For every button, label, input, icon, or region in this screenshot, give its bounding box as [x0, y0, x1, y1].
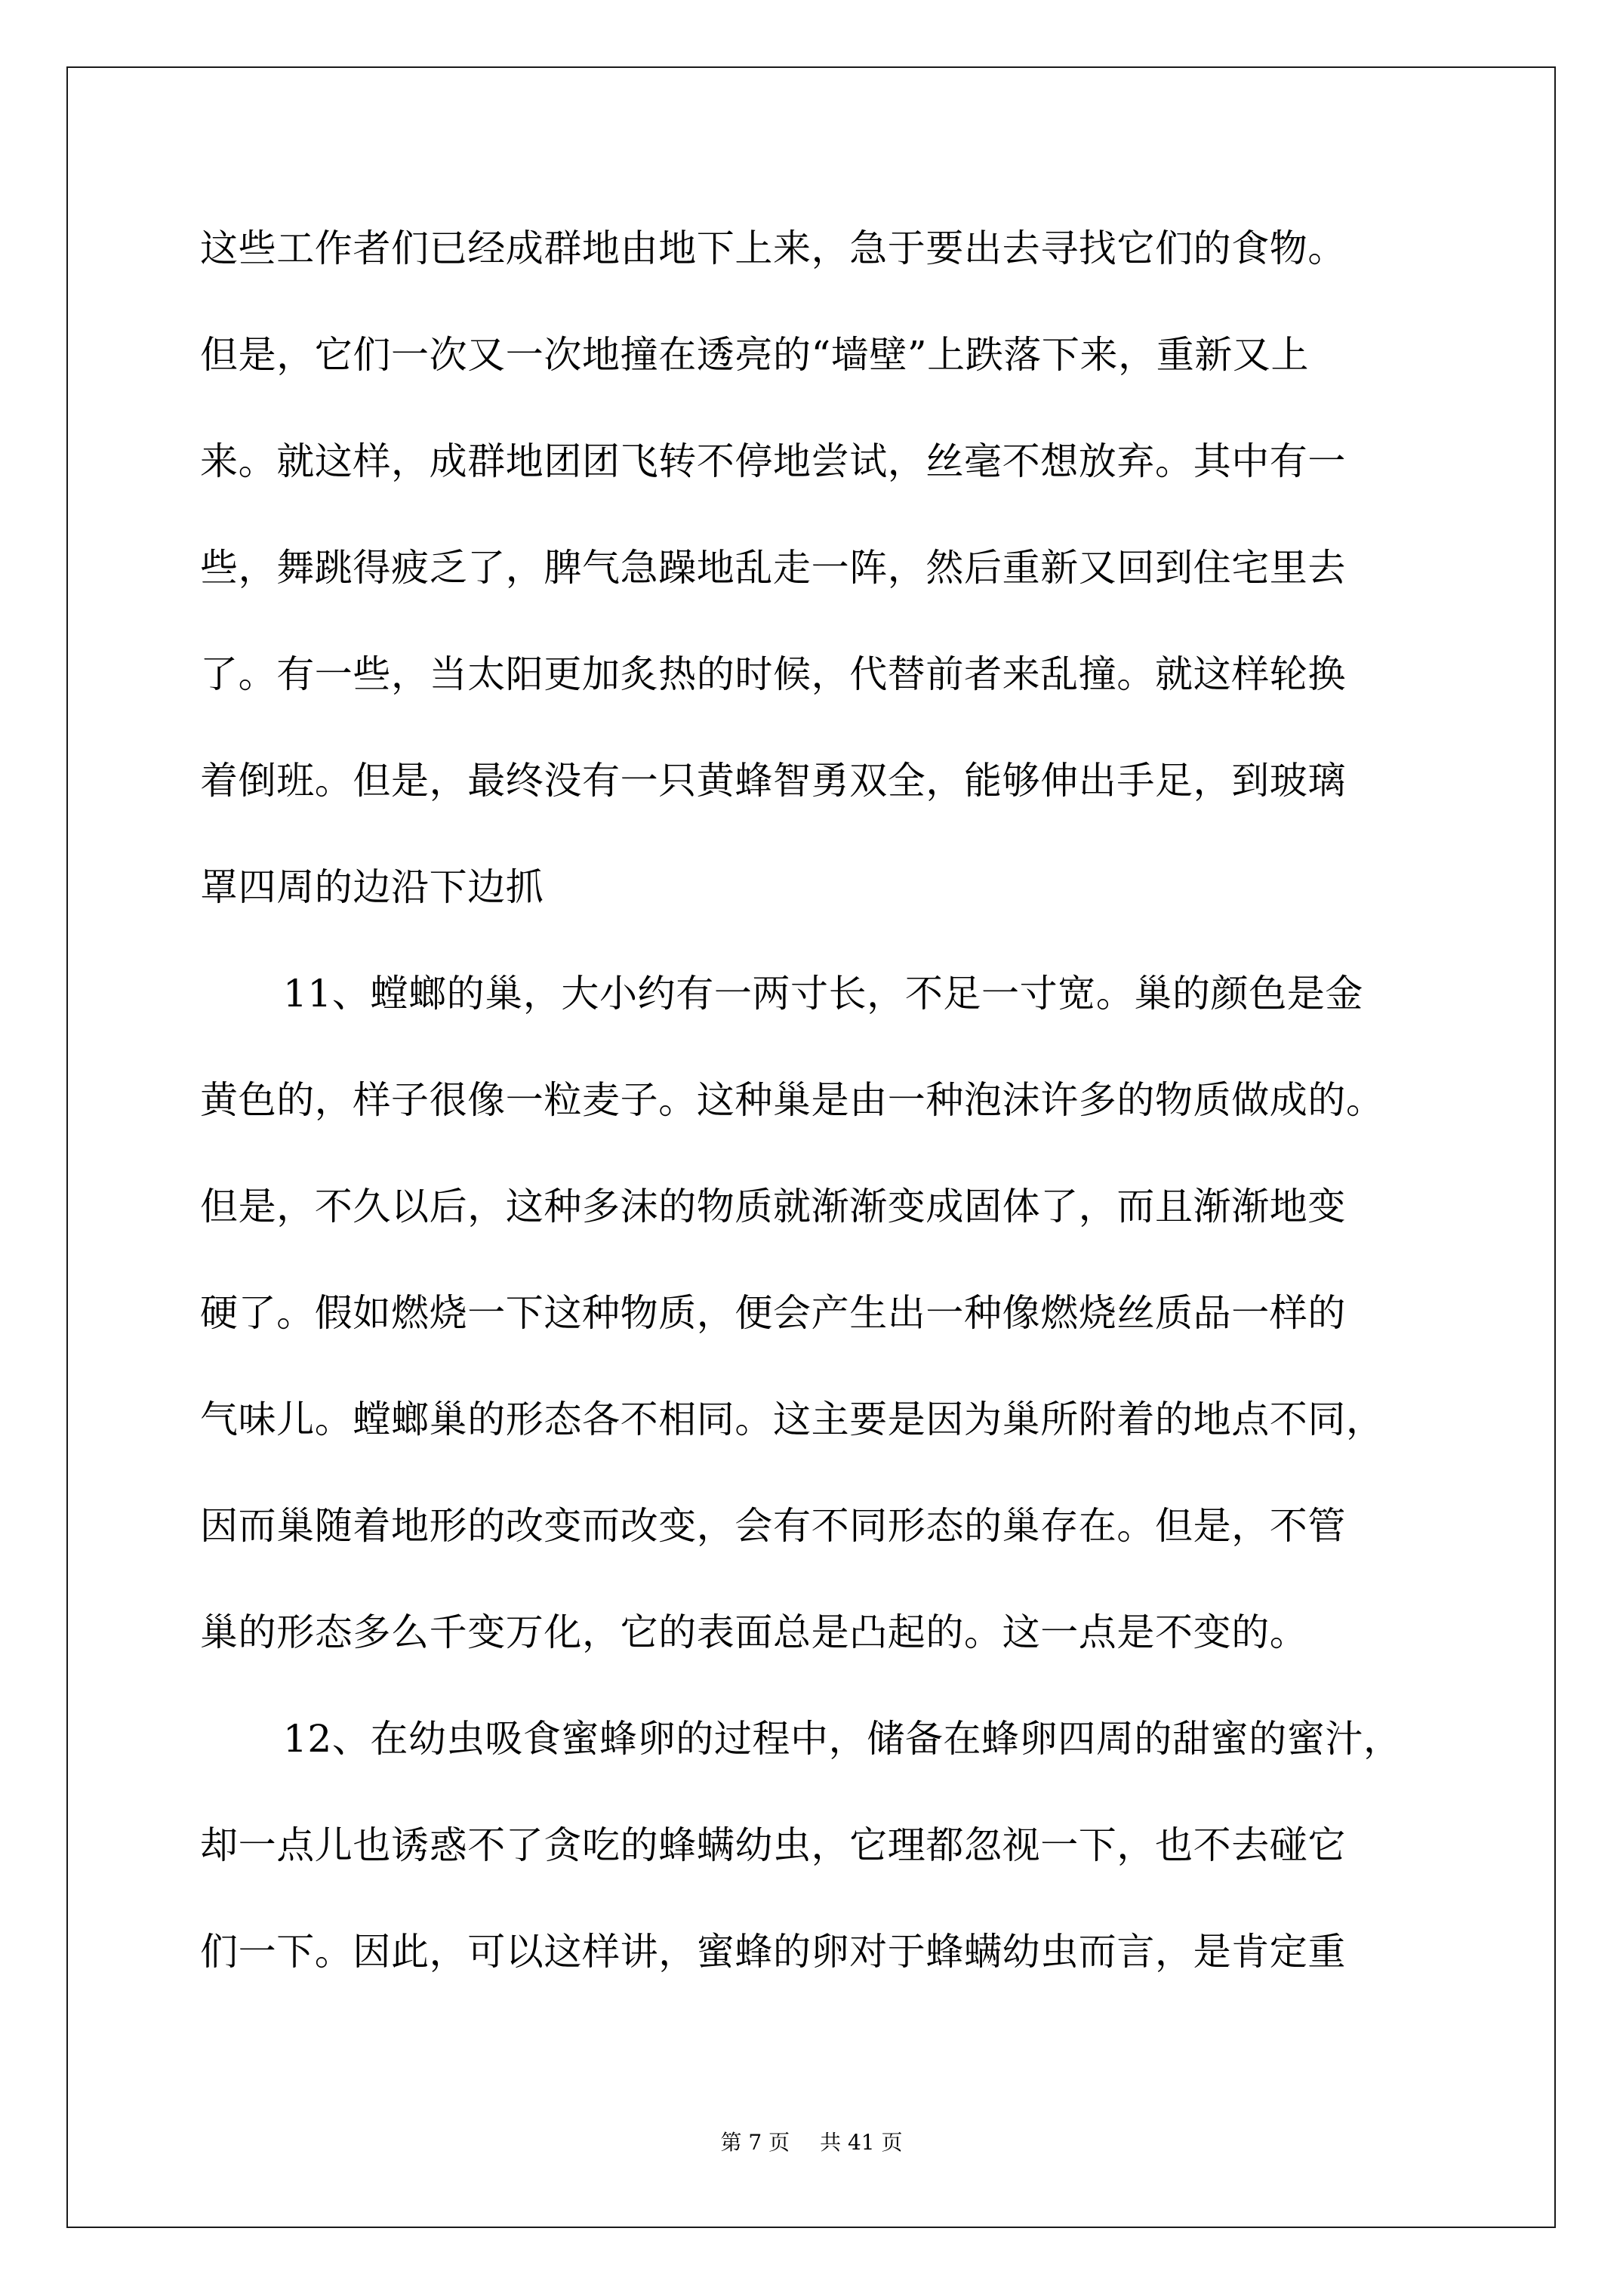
text-line: 来。就这样，成群地团团飞转不停地尝试，丝毫不想放弃。其中有一: [200, 430, 1453, 537]
text-line-first: 12、在幼虫吸食蜜蜂卵的过程中，储备在蜂卵四周的甜蜜的蜜汁，: [200, 1708, 1453, 1814]
page-footer: 第 7 页共 41 页: [0, 2129, 1623, 2156]
document-body: 这些工作者们已经成群地由地下上来，急于要出去寻找它们的食物。 但是，它们一次又一…: [200, 217, 1453, 2027]
current-page-indicator: 第 7 页: [720, 2129, 790, 2156]
text-line: 们一下。因此，可以这样讲，蜜蜂的卵对于蜂螨幼虫而言，是肯定重: [200, 1921, 1453, 2027]
text-line: 罩四周的边沿下边抓: [200, 856, 1453, 963]
text-line-first: 11、螳螂的巢，大小约有一两寸长，不足一寸宽。巢的颜色是金: [200, 963, 1453, 1069]
text-line: 却一点儿也诱惑不了贪吃的蜂螨幼虫，它理都忽视一下，也不去碰它: [200, 1814, 1453, 1921]
text-line: 但是，不久以后，这种多沫的物质就渐渐变成固体了，而且渐渐地变: [200, 1176, 1453, 1282]
text-line: 气味儿。螳螂巢的形态各不相同。这主要是因为巢所附着的地点不同，: [200, 1388, 1453, 1495]
text-line: 巢的形态多么千变万化，它的表面总是凸起的。这一点是不变的。: [200, 1601, 1453, 1708]
text-line: 着倒班。但是，最终没有一只黄蜂智勇双全，能够伸出手足，到玻璃: [200, 750, 1453, 856]
text-line: 但是，它们一次又一次地撞在透亮的“墙壁”上跌落下来，重新又上: [200, 324, 1453, 430]
text-line: 黄色的，样子很像一粒麦子。这种巢是由一种泡沫许多的物质做成的。: [200, 1069, 1453, 1176]
paragraph-item-12: 12、在幼虫吸食蜜蜂卵的过程中，储备在蜂卵四周的甜蜜的蜜汁， 却一点儿也诱惑不了…: [200, 1708, 1453, 2027]
text-line: 了。有一些，当太阳更加炙热的时候，代替前者来乱撞。就这样轮换: [200, 643, 1453, 750]
text-line: 些，舞跳得疲乏了，脾气急躁地乱走一阵，然后重新又回到住宅里去: [200, 537, 1453, 643]
text-line: 硬了。假如燃烧一下这种物质，便会产生出一种像燃烧丝质品一样的: [200, 1282, 1453, 1388]
text-line: 因而巢随着地形的改变而改变，会有不同形态的巢存在。但是，不管: [200, 1495, 1453, 1601]
text-line: 这些工作者们已经成群地由地下上来，急于要出去寻找它们的食物。: [200, 217, 1453, 324]
total-pages-indicator: 共 41 页: [820, 2129, 902, 2156]
paragraph-continuation: 这些工作者们已经成群地由地下上来，急于要出去寻找它们的食物。 但是，它们一次又一…: [200, 217, 1453, 963]
paragraph-item-11: 11、螳螂的巢，大小约有一两寸长，不足一寸宽。巢的颜色是金 黄色的，样子很像一粒…: [200, 963, 1453, 1708]
